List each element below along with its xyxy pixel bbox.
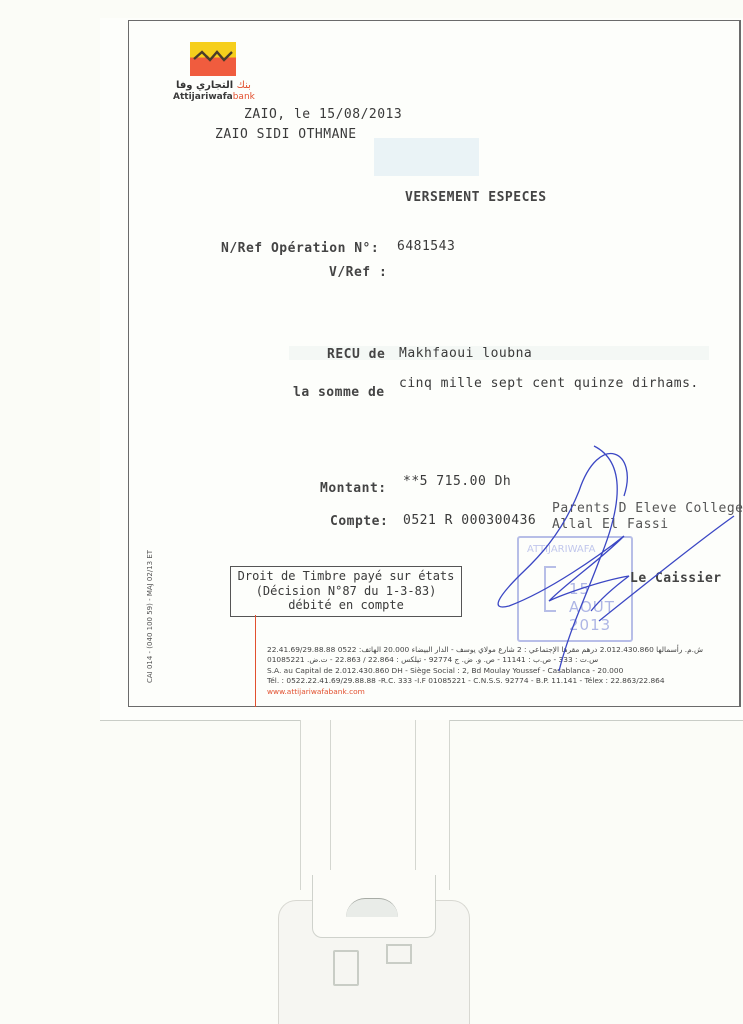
bank-legal-footer: ش.م. رأسمالها 2.012.430.860 درهم مقرها ا…: [267, 645, 743, 697]
bank-name-latin: Attijariwafabank: [173, 92, 255, 102]
branch-name: ZAIO SIDI OTHMANE: [215, 127, 357, 142]
footer-capital-line: S.A. au Capital de 2.012.430.860 DH - Si…: [267, 666, 743, 676]
receipt-frame: بنك التجاري وفا Attijariwafabank ZAIO, l…: [128, 20, 741, 707]
operation-ref-number: 6481543: [397, 239, 455, 254]
footer-arabic-line2: س.ت : 333 - ص.ب : 11141 - ص. و. ض. ج 927…: [267, 655, 743, 665]
scan-artifact: [374, 138, 479, 176]
account-label: Compte:: [330, 514, 388, 529]
strap-edge-left: [330, 720, 331, 870]
stamp-top-text: ATTIJARIWAFA: [527, 544, 595, 555]
account-number: 0521 R 000300436: [403, 513, 536, 528]
cashier-label: Le Caissier: [630, 571, 722, 586]
attijariwafa-logo-icon: [190, 42, 236, 76]
bank-date-stamp: ATTIJARIWAFA 15 AOUT 2013: [517, 536, 633, 642]
amount-words-value: cinq mille sept cent quinze dirhams.: [399, 376, 699, 391]
amount-value: **5 715.00 Dh: [403, 474, 511, 489]
city-date: ZAIO, le 15/08/2013: [244, 107, 402, 122]
operation-ref-label: N/Ref Opération N°:: [221, 241, 379, 256]
stamp-date: 15 AOUT 2013: [569, 580, 631, 634]
strap-edge-right: [415, 720, 416, 870]
film-strip-icon: [333, 950, 359, 986]
account-holder-line2: Allal El Fassi: [552, 517, 669, 532]
bank-name-arabic: بنك التجاري وفا: [176, 80, 251, 91]
footer-contact-line: Tél. : 0522.22.41.69/29.88.88 -R.C. 333 …: [267, 676, 743, 686]
footer-arabic-line1: ش.م. رأسمالها 2.012.430.860 درهم مقرها ا…: [267, 645, 743, 655]
scanner-holder-strap: [300, 720, 450, 890]
stamp-duty-line2: (Décision N°87 du 1-3-83): [231, 584, 461, 599]
footer-website-link: www.attijariwafabank.com: [267, 687, 743, 697]
form-code: CAI 014 - (040 100 59) - MAJ 02/13 ET: [146, 550, 154, 683]
stamp-duty-line3: débité en compte: [231, 598, 461, 613]
account-holder-line1: Parents D Eleve College: [552, 501, 743, 516]
footer-divider: [255, 615, 256, 707]
document-title: VERSEMENT ESPECES: [405, 190, 547, 205]
photo-icon: [386, 944, 412, 964]
amount-label: Montant:: [320, 481, 387, 496]
received-from-label: RECU de: [327, 347, 385, 362]
stamp-bracket: [544, 566, 556, 612]
tab-finger-notch: [346, 898, 398, 917]
received-from-value: Makhfaoui loubna: [399, 346, 532, 361]
stamp-duty-box: Droit de Timbre payé sur états (Décision…: [230, 566, 462, 617]
amount-words-label: la somme de: [293, 385, 385, 400]
bank-receipt: بنك التجاري وفا Attijariwafabank ZAIO, l…: [100, 18, 743, 721]
your-ref-label: V/Ref :: [329, 265, 387, 280]
stamp-duty-line1: Droit de Timbre payé sur états: [231, 569, 461, 584]
